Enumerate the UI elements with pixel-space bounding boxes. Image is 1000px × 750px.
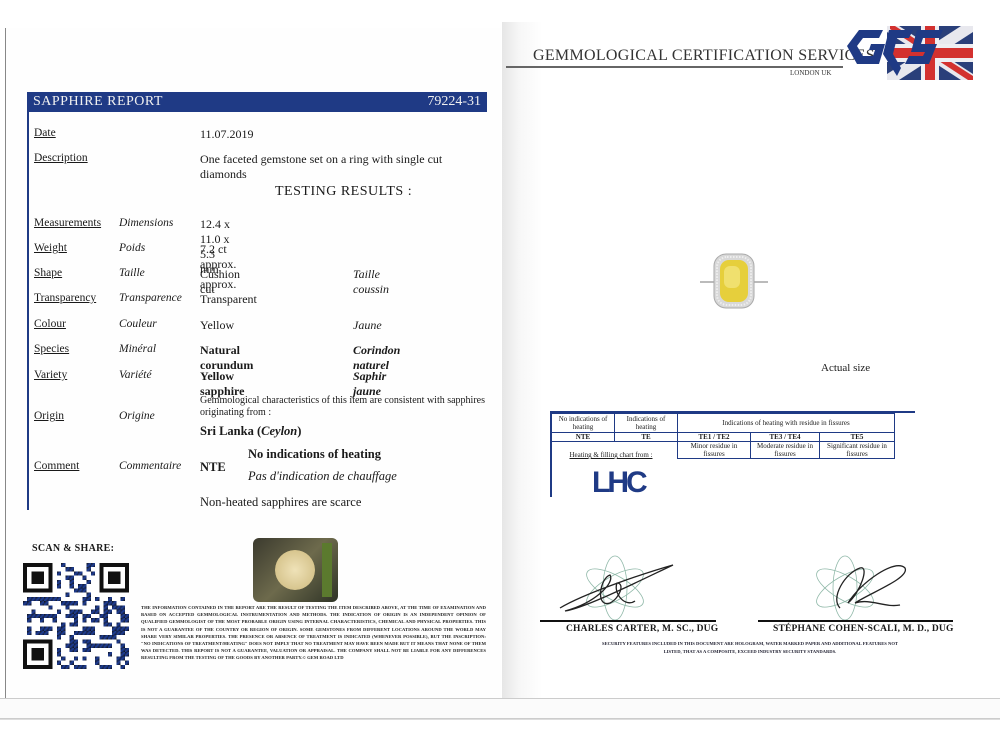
field-label-fr: Minéral	[119, 343, 156, 355]
origin-country: Sri Lanka (	[200, 424, 261, 438]
header-residue: Indications of heating with residue in f…	[678, 414, 895, 433]
hologram-medallion	[275, 550, 315, 590]
gcs-logo-icon	[843, 24, 975, 82]
comment-label-fr: Commentaire	[119, 460, 181, 472]
field-label-fr: Variété	[119, 369, 152, 381]
hologram-seal	[253, 538, 338, 602]
comment-code: NTE	[200, 460, 226, 475]
hologram-band	[322, 543, 332, 597]
field-value-fr: Taille coussin	[353, 267, 389, 297]
comment-note: Non-heated sapphires are scarce	[200, 495, 361, 510]
code-te: TE	[615, 433, 678, 442]
testing-results-title: TESTING RESULTS :	[275, 184, 412, 200]
signature-carter	[555, 553, 675, 623]
ring-photo	[700, 250, 768, 312]
origin-country-alt: Ceylon	[261, 424, 297, 438]
lhc-logo: LHC	[592, 466, 645, 500]
desc-significant: Significant residue in fissures	[820, 442, 895, 459]
brand-location: LONDON UK	[790, 69, 831, 77]
description-value: One faceted gemstone set on a ring with …	[200, 152, 490, 182]
security-note: SECURITY FEATURES INCLUDED IN THIS DOCUM…	[600, 640, 900, 656]
desc-moderate: Moderate residue in fissures	[751, 442, 820, 459]
brand-name: GEMMOLOGICAL CERTIFICATION SERVICES	[533, 47, 875, 65]
code-nte: NTE	[552, 433, 615, 442]
field-value: Yellow	[200, 318, 234, 333]
origin-paren: )	[297, 424, 301, 438]
page-edge-line	[0, 718, 1000, 719]
qr-code-icon[interactable]	[23, 563, 129, 669]
description-label: Description	[34, 152, 88, 164]
code-te1-te2: TE1 / TE2	[678, 433, 751, 442]
origin-label-fr: Origine	[119, 410, 155, 422]
code-te3-te4: TE3 / TE4	[751, 433, 820, 442]
signature-line-right	[758, 620, 953, 622]
field-label: Transparency	[34, 292, 96, 304]
comment-text: No indications of heating	[248, 447, 381, 462]
scan-share-title: SCAN & SHARE:	[32, 543, 114, 554]
header-no-heating: No indications of heating	[552, 414, 615, 433]
field-label: Species	[34, 343, 69, 355]
origin-label: Origin	[34, 410, 64, 422]
report-header: SAPPHIRE REPORT 79224-31	[27, 92, 487, 112]
comment-text-fr: Pas d'indication de chauffage	[248, 469, 397, 484]
origin-place: Sri Lanka (Ceylon)	[200, 424, 301, 439]
signatory-right: STÉPHANE COHEN-SCALI, M. D., DUG	[773, 624, 954, 634]
field-label: Shape	[34, 267, 62, 279]
disclaimer-text: THE INFORMATION CONTAINED IN THE REPORT …	[141, 604, 486, 662]
signature-cohen-scali	[800, 553, 920, 623]
date-label: Date	[34, 127, 56, 139]
desc-minor: Minor residue in fissures	[678, 442, 751, 459]
chart-from-label: Heating & filling chart from :	[556, 451, 666, 459]
signatory-left: CHARLES CARTER, M. SC., DUG	[566, 624, 718, 634]
brand-underline	[506, 66, 843, 68]
field-label: Variety	[34, 369, 67, 381]
code-te5: TE5	[820, 433, 895, 442]
page-edge	[0, 698, 1000, 720]
field-label-fr: Poids	[119, 242, 145, 254]
header-heating: Indications of heating	[615, 414, 678, 433]
comment-label: Comment	[34, 460, 79, 472]
origin-text: Gemmological characteristics of this ite…	[200, 395, 485, 419]
actual-size-caption: Actual size	[821, 362, 870, 374]
field-label: Weight	[34, 242, 67, 254]
field-label: Colour	[34, 318, 66, 330]
field-label-fr: Couleur	[119, 318, 157, 330]
field-label-fr: Transparence	[119, 292, 182, 304]
field-label-fr: Dimensions	[119, 217, 173, 229]
field-value: Transparent	[200, 292, 257, 307]
report-border	[27, 112, 29, 510]
signature-line-left	[540, 620, 716, 622]
field-value-fr: Jaune	[353, 318, 382, 333]
report-title: SAPPHIRE REPORT	[33, 94, 163, 110]
date-value: 11.07.2019	[200, 127, 254, 142]
field-label: Measurements	[34, 217, 101, 229]
field-label-fr: Taille	[119, 267, 145, 279]
report-number: 79224-31	[427, 94, 481, 110]
